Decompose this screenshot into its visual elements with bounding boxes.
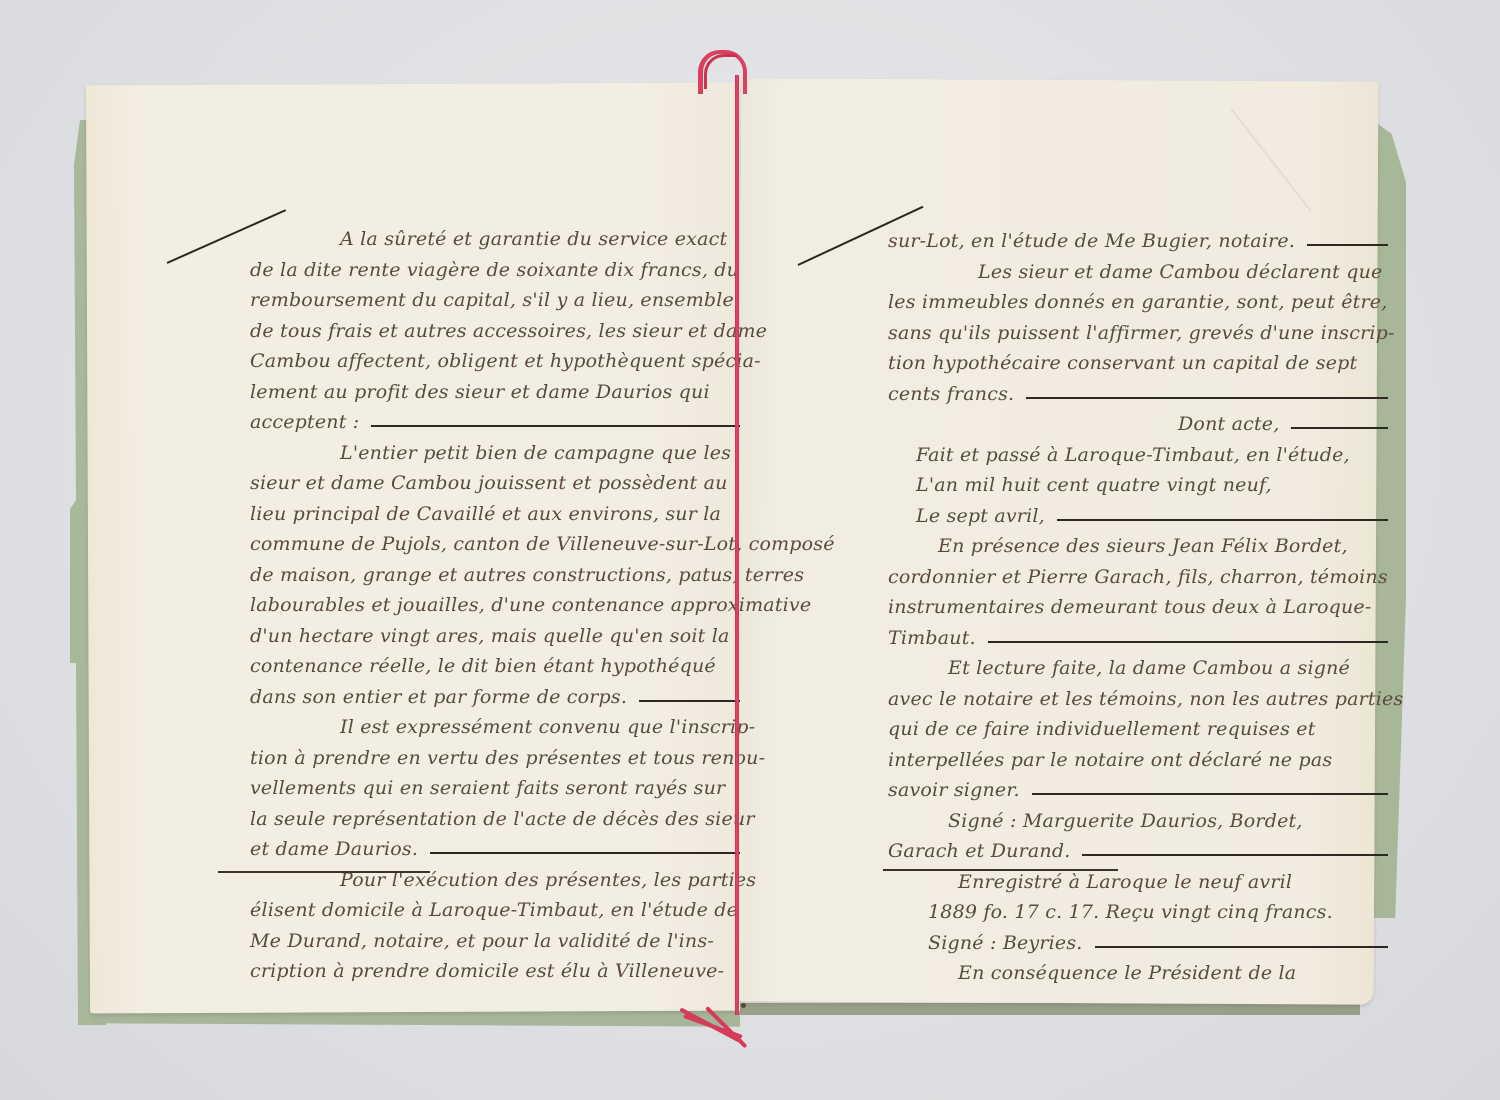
- text-line: Signé : Beyries.: [888, 928, 1388, 959]
- text-line: Le sept avril,: [888, 501, 1388, 532]
- line-filler-rule: [639, 700, 740, 702]
- text-line: cription à prendre domicile est élu à Vi…: [250, 956, 740, 987]
- text-line: Dont acte,: [888, 409, 1388, 440]
- text-line: sieur et dame Cambou jouissent et possèd…: [250, 468, 740, 499]
- red-binding-thread: [735, 75, 739, 1015]
- text-line: qui de ce faire individuellement requise…: [888, 714, 1388, 745]
- text-line: commune de Pujols, canton de Villeneuve-…: [250, 529, 740, 560]
- page-end-rule-right: [883, 869, 1118, 871]
- text-line: L'an mil huit cent quatre vingt neuf,: [888, 470, 1388, 501]
- right-page-text: sur-Lot, en l'étude de Me Bugier, notair…: [888, 226, 1388, 989]
- text-line: contenance réelle, le dit bien étant hyp…: [250, 651, 740, 682]
- text-line: tion à prendre en vertu des présentes et…: [250, 743, 740, 774]
- text-line: de la dite rente viagère de soixante dix…: [250, 255, 740, 286]
- text-line: cordonnier et Pierre Garach, fils, charr…: [888, 562, 1388, 593]
- line-filler-rule: [1307, 244, 1388, 246]
- line-filler-rule: [371, 425, 740, 427]
- text-line: sur-Lot, en l'étude de Me Bugier, notair…: [888, 226, 1388, 257]
- binding-hole: [741, 1003, 746, 1008]
- text-line: Enregistré à Laroque le neuf avril: [888, 867, 1388, 898]
- text-line: 1889 fo. 17 c. 17. Reçu vingt cinq franc…: [888, 897, 1388, 928]
- text-line: lieu principal de Cavaillé et aux enviro…: [250, 499, 740, 530]
- text-line: tion hypothécaire conservant un capital …: [888, 348, 1388, 379]
- line-filler-rule: [1032, 793, 1388, 795]
- text-line: vellements qui en seraient faits seront …: [250, 773, 740, 804]
- text-line: avec le notaire et les témoins, non les …: [888, 684, 1388, 715]
- text-line: instrumentaires demeurant tous deux à La…: [888, 592, 1388, 623]
- text-line: de maison, grange et autres construction…: [250, 560, 740, 591]
- text-line: Et lecture faite, la dame Cambou a signé: [888, 653, 1388, 684]
- text-line: A la sûreté et garantie du service exact: [250, 224, 740, 255]
- line-filler-rule: [1026, 397, 1388, 399]
- text-line: savoir signer.: [888, 775, 1388, 806]
- thread-loop-top-inner: [704, 54, 737, 89]
- line-filler-rule: [1082, 854, 1388, 856]
- text-line: Les sieur et dame Cambou déclarent que: [888, 257, 1388, 288]
- text-line: lement au profit des sieur et dame Dauri…: [250, 377, 740, 408]
- text-line: L'entier petit bien de campagne que les: [250, 438, 740, 469]
- text-line: remboursement du capital, s'il y a lieu,…: [250, 285, 740, 316]
- text-line: Signé : Marguerite Daurios, Bordet,: [888, 806, 1388, 837]
- text-line: élisent domicile à Laroque-Timbaut, en l…: [250, 895, 740, 926]
- page-end-rule-left: [218, 871, 430, 873]
- text-line: Me Durand, notaire, et pour la validité …: [250, 926, 740, 957]
- text-line: Timbaut.: [888, 623, 1388, 654]
- text-line: En présence des sieurs Jean Félix Bordet…: [888, 531, 1388, 562]
- text-line: les immeubles donnés en garantie, sont, …: [888, 287, 1388, 318]
- line-filler-rule: [430, 852, 740, 854]
- text-line: acceptent :: [250, 407, 740, 438]
- text-line: Fait et passé à Laroque-Timbaut, en l'ét…: [888, 440, 1388, 471]
- text-line: Il est expressément convenu que l'inscri…: [250, 712, 740, 743]
- line-filler-rule: [1057, 519, 1388, 521]
- text-line: dans son entier et par forme de corps.: [250, 682, 740, 713]
- text-line: sans qu'ils puissent l'affirmer, grevés …: [888, 318, 1388, 349]
- text-line: la seule représentation de l'acte de déc…: [250, 804, 740, 835]
- text-line: et dame Daurios.: [250, 834, 740, 865]
- cover-bottom-shadow: [740, 1003, 1360, 1015]
- text-line: labourables et jouailles, d'une contenan…: [250, 590, 740, 621]
- text-line: de tous frais et autres accessoires, les…: [250, 316, 740, 347]
- line-filler-rule: [1291, 427, 1388, 429]
- text-line: interpellées par le notaire ont déclaré …: [888, 745, 1388, 776]
- line-filler-rule: [1095, 946, 1388, 948]
- text-line: cents francs.: [888, 379, 1388, 410]
- line-filler-rule: [988, 641, 1388, 643]
- text-line: En conséquence le Président de la: [888, 958, 1388, 989]
- text-line: Garach et Durand.: [888, 836, 1388, 867]
- text-line: Pour l'exécution des présentes, les part…: [250, 865, 740, 896]
- text-line: Cambou affectent, obligent et hypothèque…: [250, 346, 740, 377]
- text-line: d'un hectare vingt ares, mais quelle qu'…: [250, 621, 740, 652]
